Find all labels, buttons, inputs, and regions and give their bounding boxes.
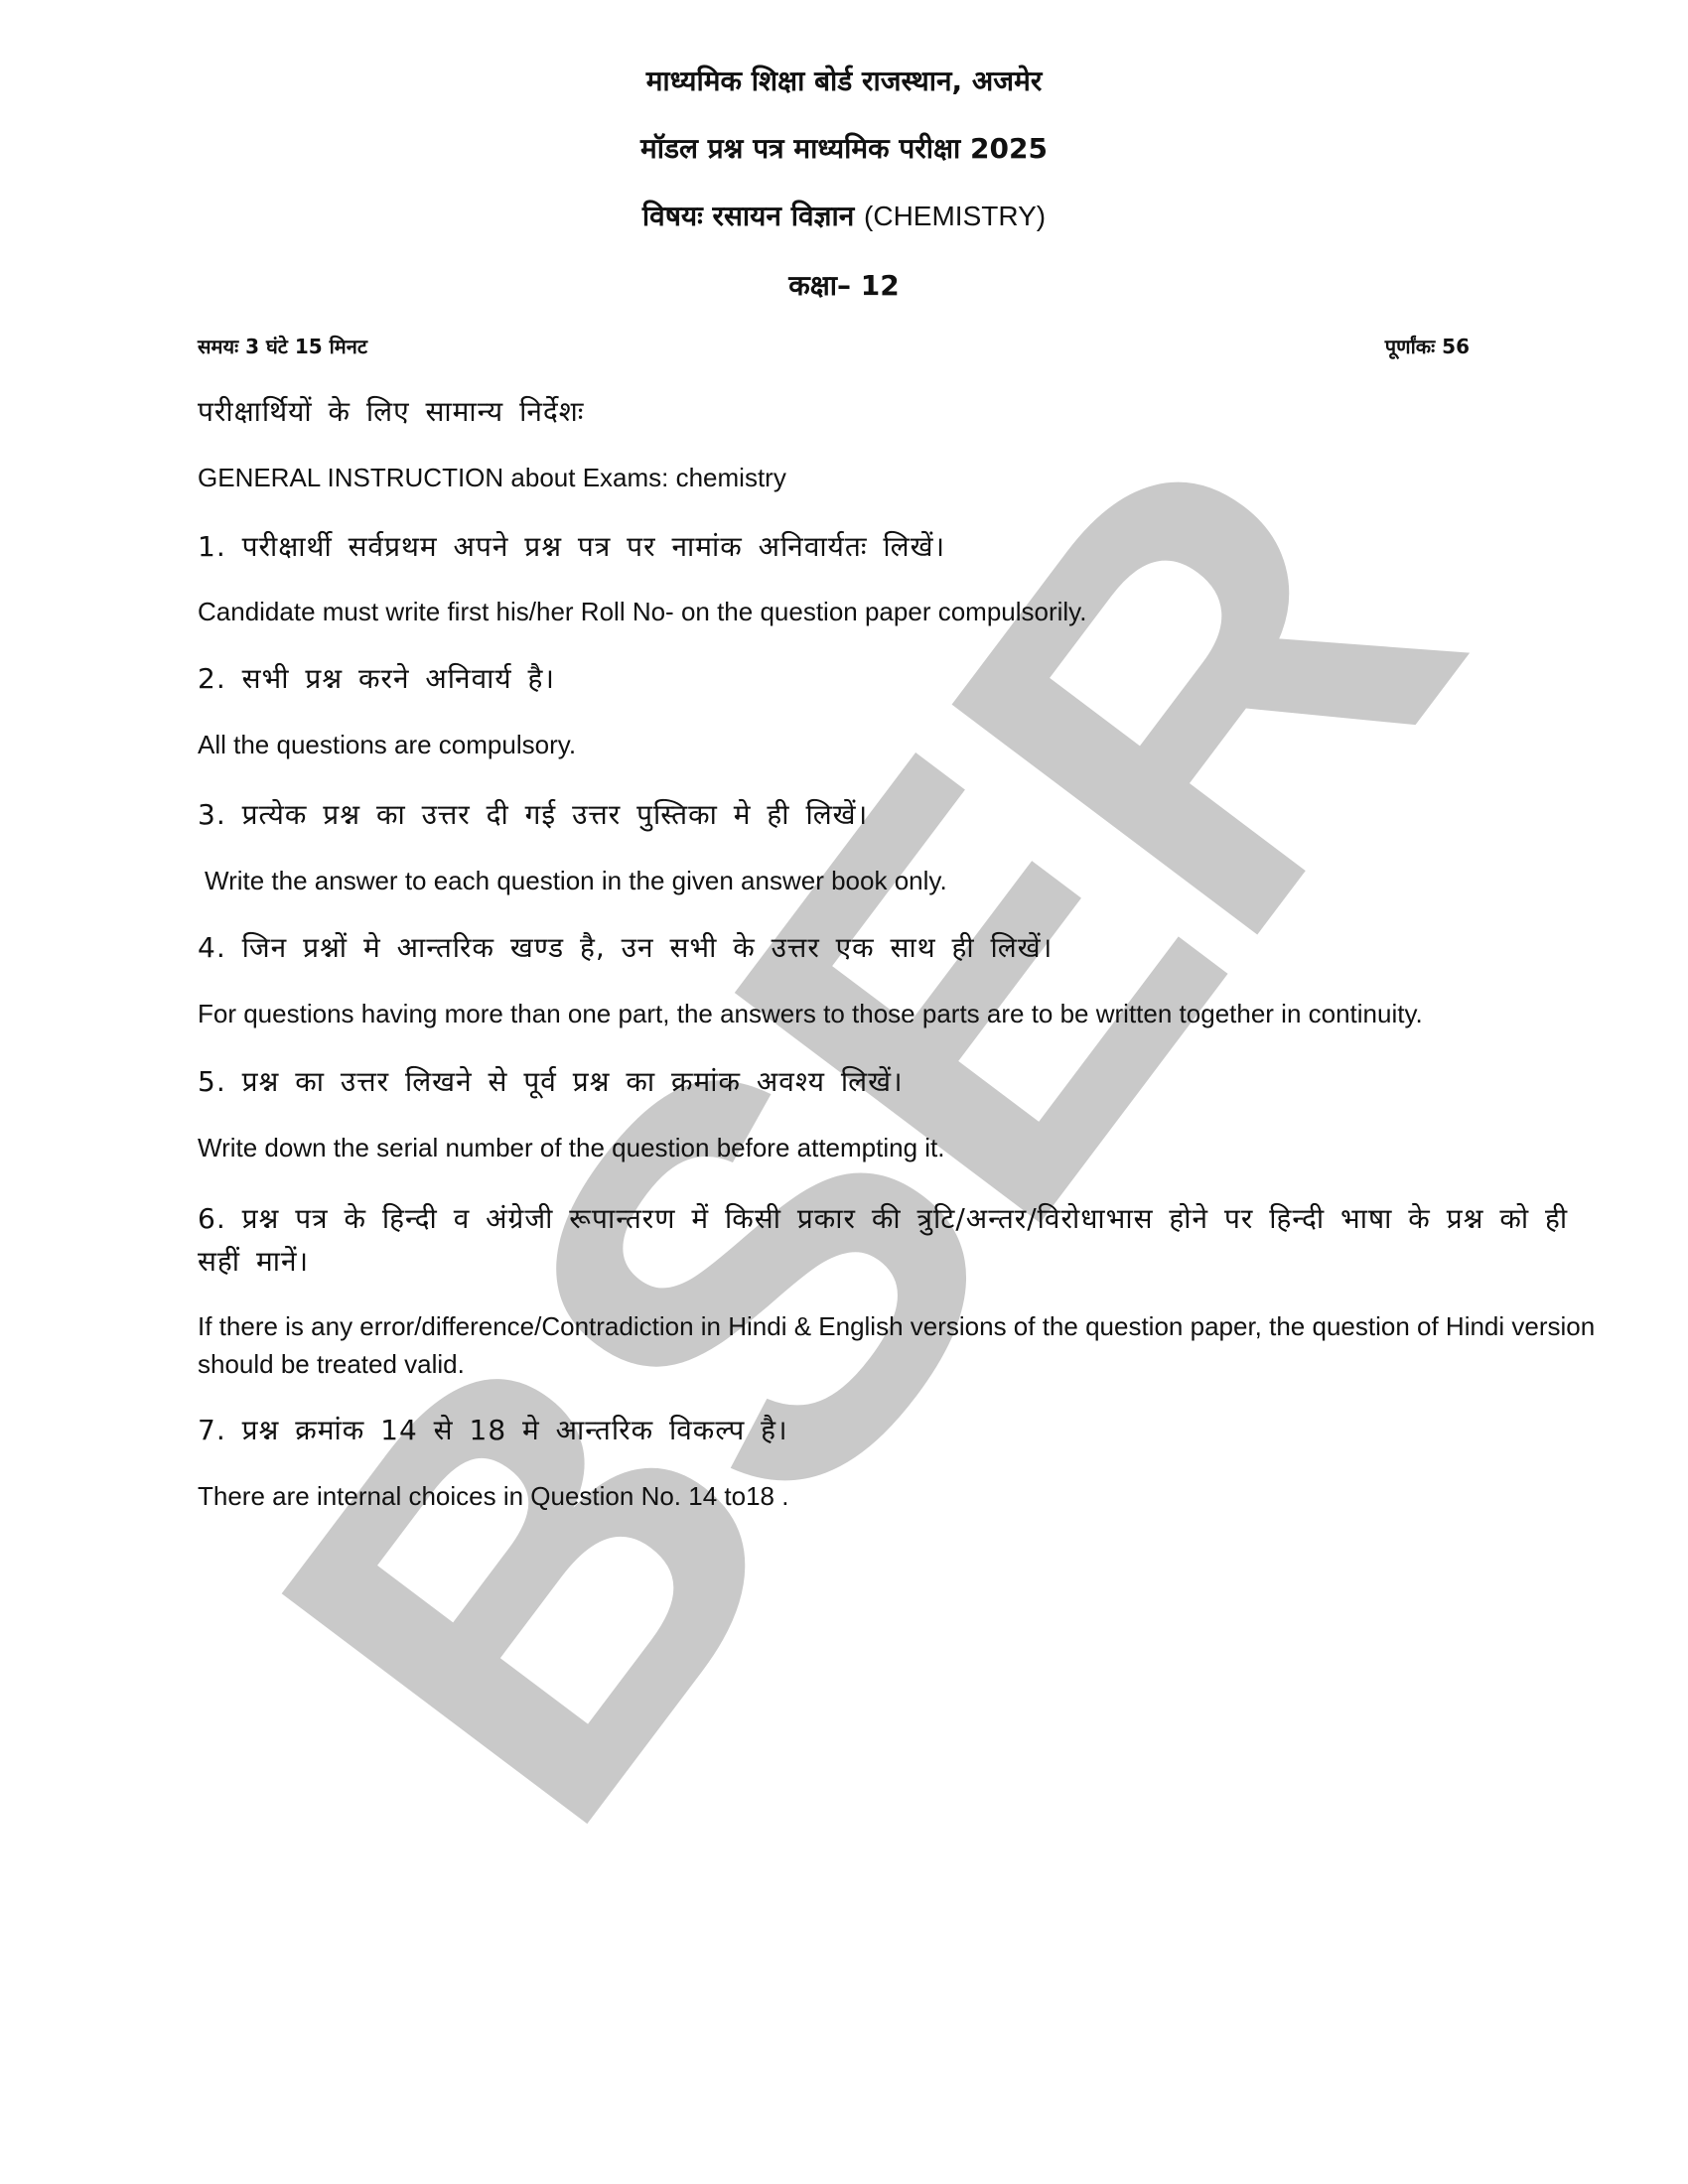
instruction-3-english: Write the answer to each question in the… [205, 866, 947, 896]
instruction-5-hindi: 5. प्रश्न का उत्तर लिखने से पूर्व प्रश्न… [198, 1062, 904, 1100]
subject-hindi: विषयः रसायन विज्ञान [642, 200, 854, 232]
instructions-heading-hindi: परीक्षार्थियों के लिए सामान्य निर्देशः [198, 392, 584, 430]
subject-title: विषयः रसायन विज्ञान (CHEMISTRY) [0, 197, 1688, 234]
instruction-1-english: Candidate must write first his/her Roll … [198, 597, 1086, 627]
paper-title: मॉडल प्रश्न पत्र माध्यमिक परीक्षा 2025 [0, 129, 1688, 167]
board-title: माध्यमिक शिक्षा बोर्ड राजस्थान, अजमेर [0, 62, 1688, 99]
instruction-2-hindi: 2. सभी प्रश्न करने अनिवार्य है। [198, 659, 555, 697]
exam-duration: समयः 3 घंटे 15 मिनट [198, 333, 367, 359]
instruction-2-english: All the questions are compulsory. [198, 730, 576, 760]
instruction-6-english: If there is any error/difference/Contrad… [198, 1308, 1598, 1383]
instruction-5-english: Write down the serial number of the ques… [198, 1133, 945, 1163]
instruction-7-english: There are internal choices in Question N… [198, 1481, 788, 1512]
instruction-3-hindi: 3. प्रत्येक प्रश्न का उत्तर दी गई उत्तर … [198, 795, 868, 833]
instruction-6-hindi: 6. प्रश्न पत्र के हिन्दी व अंग्रेजी रूपा… [198, 1197, 1598, 1284]
max-marks: पूर्णांकः 56 [1385, 333, 1470, 359]
instruction-4-english: For questions having more than one part,… [198, 999, 1423, 1029]
document-page: माध्यमिक शिक्षा बोर्ड राजस्थान, अजमेर मॉ… [0, 0, 1688, 2184]
instruction-1-hindi: 1. परीक्षार्थी सर्वप्रथम अपने प्रश्न पत्… [198, 527, 945, 565]
subject-english: (CHEMISTRY) [864, 201, 1046, 231]
instructions-heading-english: GENERAL INSTRUCTION about Exams: chemist… [198, 463, 786, 493]
class-label: कक्षा– 12 [0, 266, 1688, 304]
instruction-4-hindi: 4. जिन प्रश्नों मे आन्तरिक खण्ड है, उन स… [198, 928, 1053, 966]
instruction-7-hindi: 7. प्रश्न क्रमांक 14 से 18 मे आन्तरिक वि… [198, 1411, 788, 1448]
